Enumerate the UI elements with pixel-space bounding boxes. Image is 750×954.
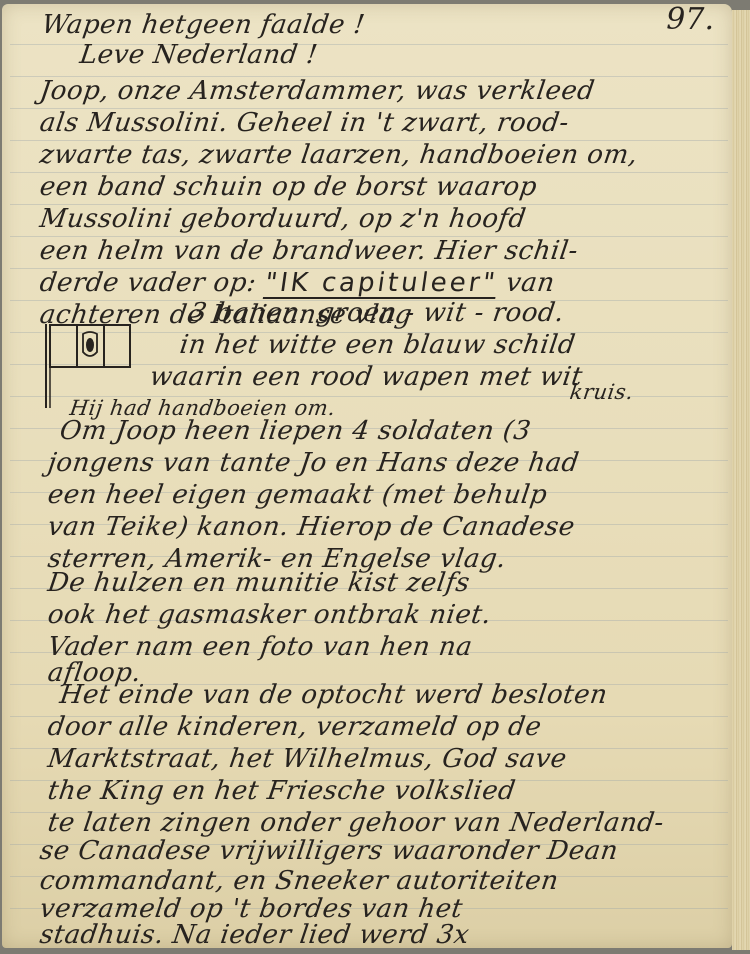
- text-line: in het witte een blauw schild: [178, 330, 577, 360]
- text-line: Om Joop heen liepen 4 soldaten (3: [58, 416, 533, 446]
- text-line: jongens van tante Jo en Hans deze had: [46, 448, 581, 478]
- text-line: De hulzen en munitie kist zelfs: [46, 568, 472, 598]
- text-line: als Mussolini. Geheel in 't zwart, rood-: [38, 108, 571, 138]
- text-line: Mussolini geborduurd, op z'n hoofd: [38, 204, 528, 234]
- text-segment: van: [495, 268, 556, 298]
- text-line: een band schuin op de borst waarop: [38, 172, 539, 202]
- text-segment: derde vader op:: [38, 268, 267, 298]
- text-line: zwarte tas, zwarte laarzen, handboeien o…: [38, 140, 640, 170]
- text-line: derde vader op: "IK capituleer" van: [38, 268, 557, 298]
- text-line: te laten zingen onder gehoor van Nederla…: [46, 808, 666, 838]
- text-line: een heel eigen gemaakt (met behulp: [46, 480, 549, 510]
- text-line: Marktstraat, het Wilhelmus, God save: [46, 744, 569, 774]
- text-line: the King en het Friesche volkslied: [46, 776, 518, 806]
- text-line: stadhuis. Na ieder lied werd 3x: [38, 920, 471, 950]
- text-line: Wapen hetgeen faalde !: [40, 10, 367, 40]
- text-line: van Teike) kanon. Hierop de Canadese: [46, 512, 577, 542]
- quoted-phrase: "IK capituleer": [263, 268, 500, 298]
- text-line: Het einde van de optocht werd besloten: [58, 680, 610, 710]
- text-line: ook het gasmasker ontbrak niet.: [46, 600, 493, 630]
- text-line: waarin een rood wapen met wit: [148, 362, 585, 392]
- page-number: 97.: [666, 2, 714, 37]
- text-line: door alle kinderen, verzameld op de: [46, 712, 544, 742]
- text-line: Leve Nederland !: [78, 40, 320, 70]
- text-line: se Canadese vrijwilligers waaronder Dean: [38, 836, 620, 866]
- stacked-page-edges: [732, 10, 750, 950]
- text-line: 3 banen: groen - wit - rood.: [188, 298, 566, 328]
- text-line: Joop, onze Amsterdammer, was verkleed: [38, 76, 597, 106]
- text-line: commandant, en Sneeker autoriteiten: [38, 866, 561, 896]
- text-line: kruis.: [568, 380, 635, 404]
- text-line: een helm van de brandweer. Hier schil-: [38, 236, 580, 266]
